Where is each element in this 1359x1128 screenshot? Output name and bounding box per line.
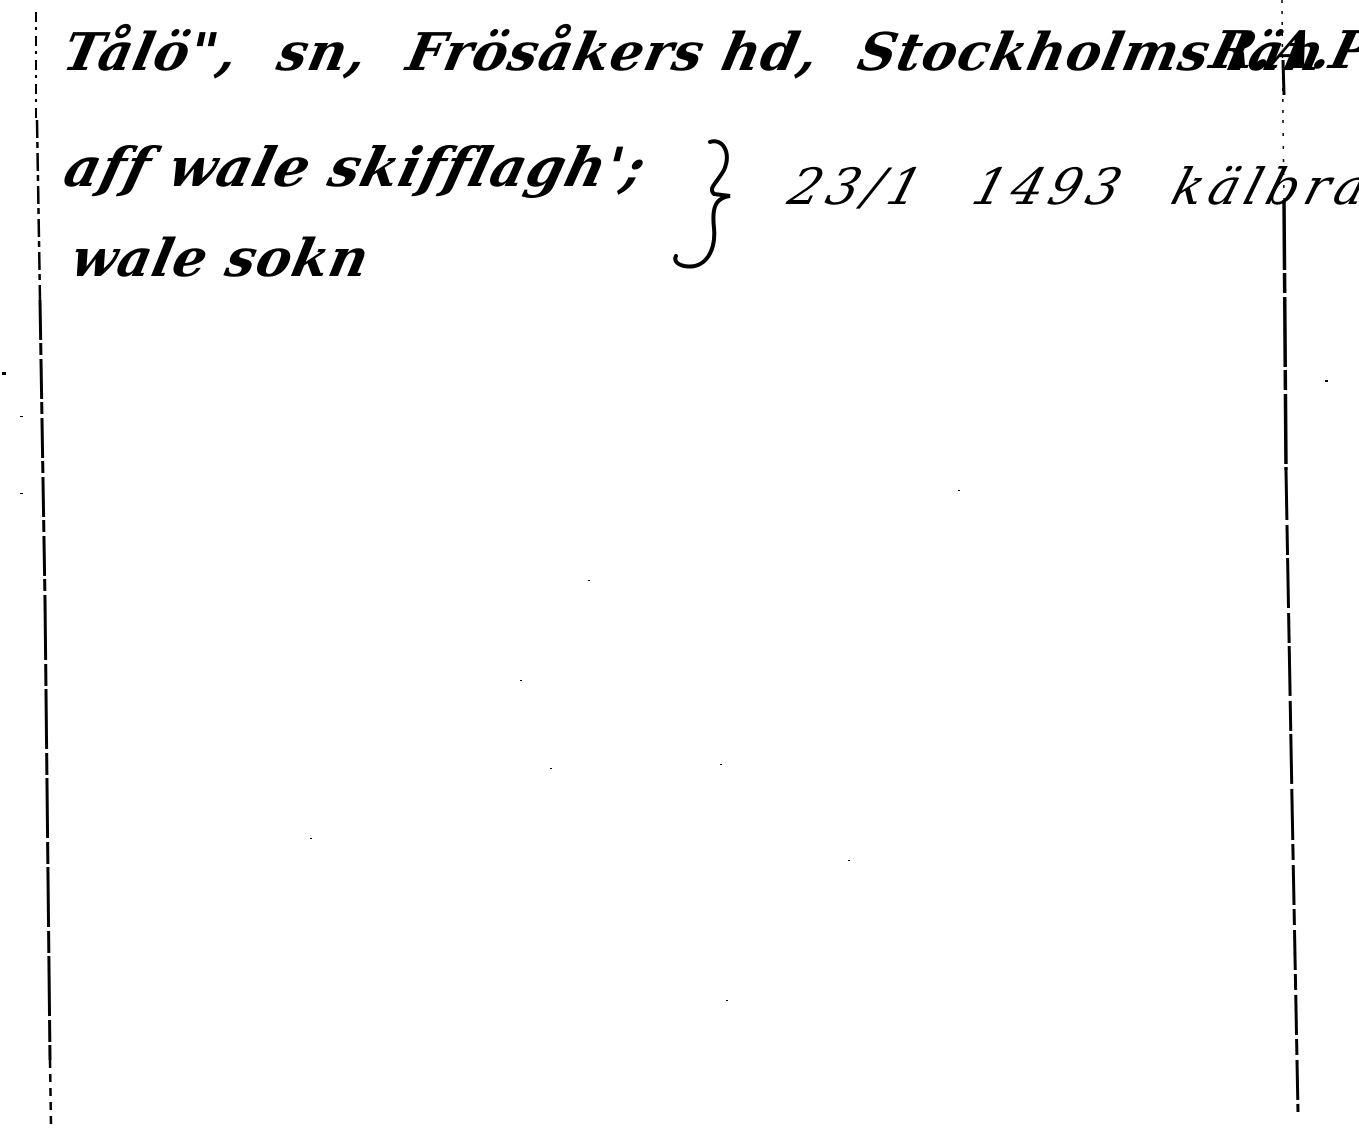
entry-line-1: aff wale skifflagh';	[58, 135, 653, 199]
scan-speck	[726, 1000, 728, 1001]
archive-card: Tålö", sn, Frösåkers hd, Stockholms län …	[0, 0, 1359, 1128]
scan-speck	[588, 580, 590, 581]
scan-speck	[2, 372, 6, 375]
entry-date-source: 23/1 1493 kälbrage	[782, 158, 1359, 216]
curly-brace-icon	[672, 132, 732, 274]
scan-speck	[958, 490, 960, 491]
source-name: kälbrage	[1165, 158, 1359, 216]
parish-abbreviation: sn,	[272, 22, 373, 83]
scan-speck	[20, 493, 23, 494]
card-heading: Tålö", sn, Frösåkers hd, Stockholms län	[58, 22, 1352, 83]
date-day-month: 23/1	[782, 158, 935, 216]
scan-speck	[310, 838, 312, 839]
scan-speck	[550, 768, 552, 769]
scan-speck	[520, 680, 522, 681]
archive-mark: R.A.P.	[1204, 20, 1359, 81]
scan-speck	[848, 860, 850, 861]
date-year: 1493	[966, 158, 1134, 216]
scan-speck	[1325, 380, 1328, 382]
scan-speck	[20, 416, 23, 417]
district-name: Frösåkers hd,	[401, 22, 824, 83]
place-name: Tålö",	[58, 22, 244, 83]
scan-speck	[720, 764, 722, 765]
entry-line-2: wale sokn	[66, 228, 375, 289]
